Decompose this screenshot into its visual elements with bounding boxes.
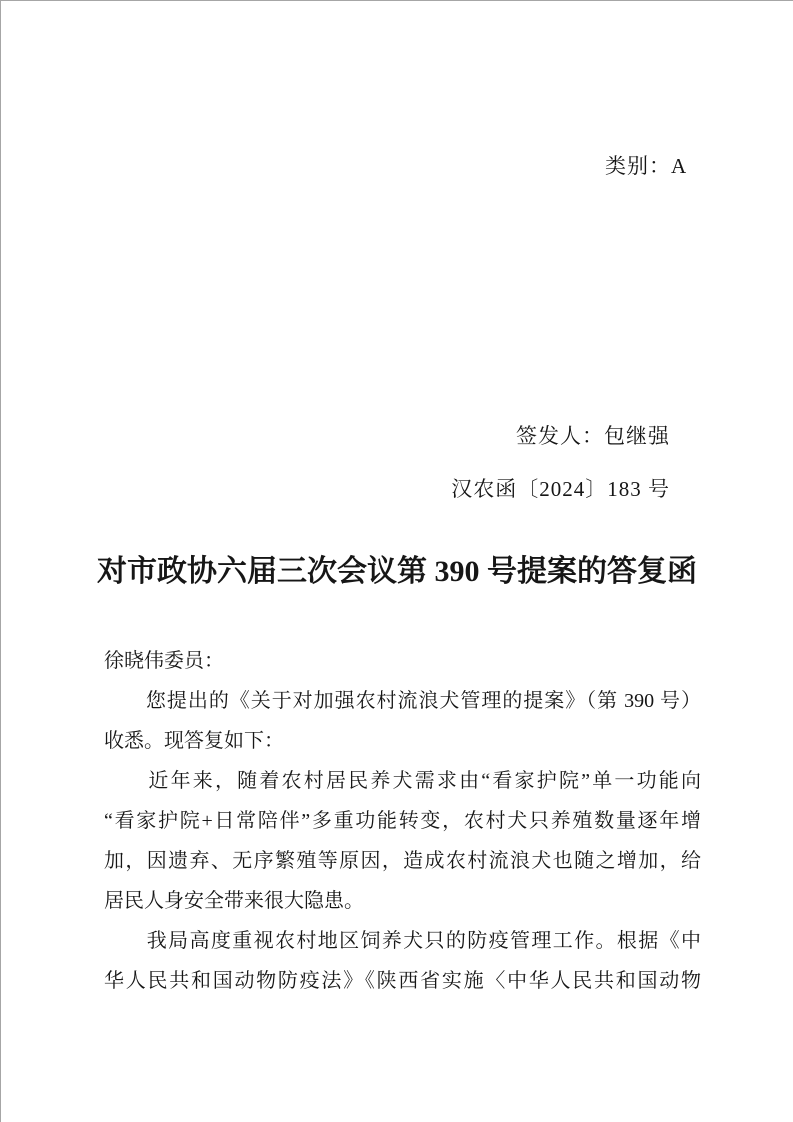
signer-line: 签发人：包继强 [516,421,670,451]
category-label: 类别：A [605,151,687,181]
document-body: 徐晓伟委员： 您提出的《关于对加强农村流浪犬管理的提案》（第 390 号） 收悉… [104,641,701,1001]
body-line: 您提出的《关于对加强农村流浪犬管理的提案》（第 390 号） [104,681,701,721]
document-title: 对市政协六届三次会议第 390 号提案的答复函 [1,550,793,594]
body-line: 加，因遗弃、无序繁殖等原因，造成农村流浪犬也随之增加，给 [104,841,701,881]
body-line: 收悉。现答复如下： [104,721,701,761]
body-line: 近年来，随着农村居民养犬需求由“看家护院”单一功能向 [104,761,701,801]
body-line: 我局高度重视农村地区饲养犬只的防疫管理工作。根据《中 [104,921,701,961]
body-line: 华人民共和国动物防疫法》《陕西省实施〈中华人民共和国动物 [104,961,701,1001]
document-number: 汉农函〔2024〕183 号 [451,474,670,504]
body-line: 居民人身安全带来很大隐患。 [104,881,701,921]
body-line: “看家护院+日常陪伴”多重功能转变，农村犬只养殖数量逐年增 [104,801,701,841]
body-line-salutation: 徐晓伟委员： [104,641,701,681]
document-page: 类别：A 签发人：包继强 汉农函〔2024〕183 号 对市政协六届三次会议第 … [0,0,793,1122]
